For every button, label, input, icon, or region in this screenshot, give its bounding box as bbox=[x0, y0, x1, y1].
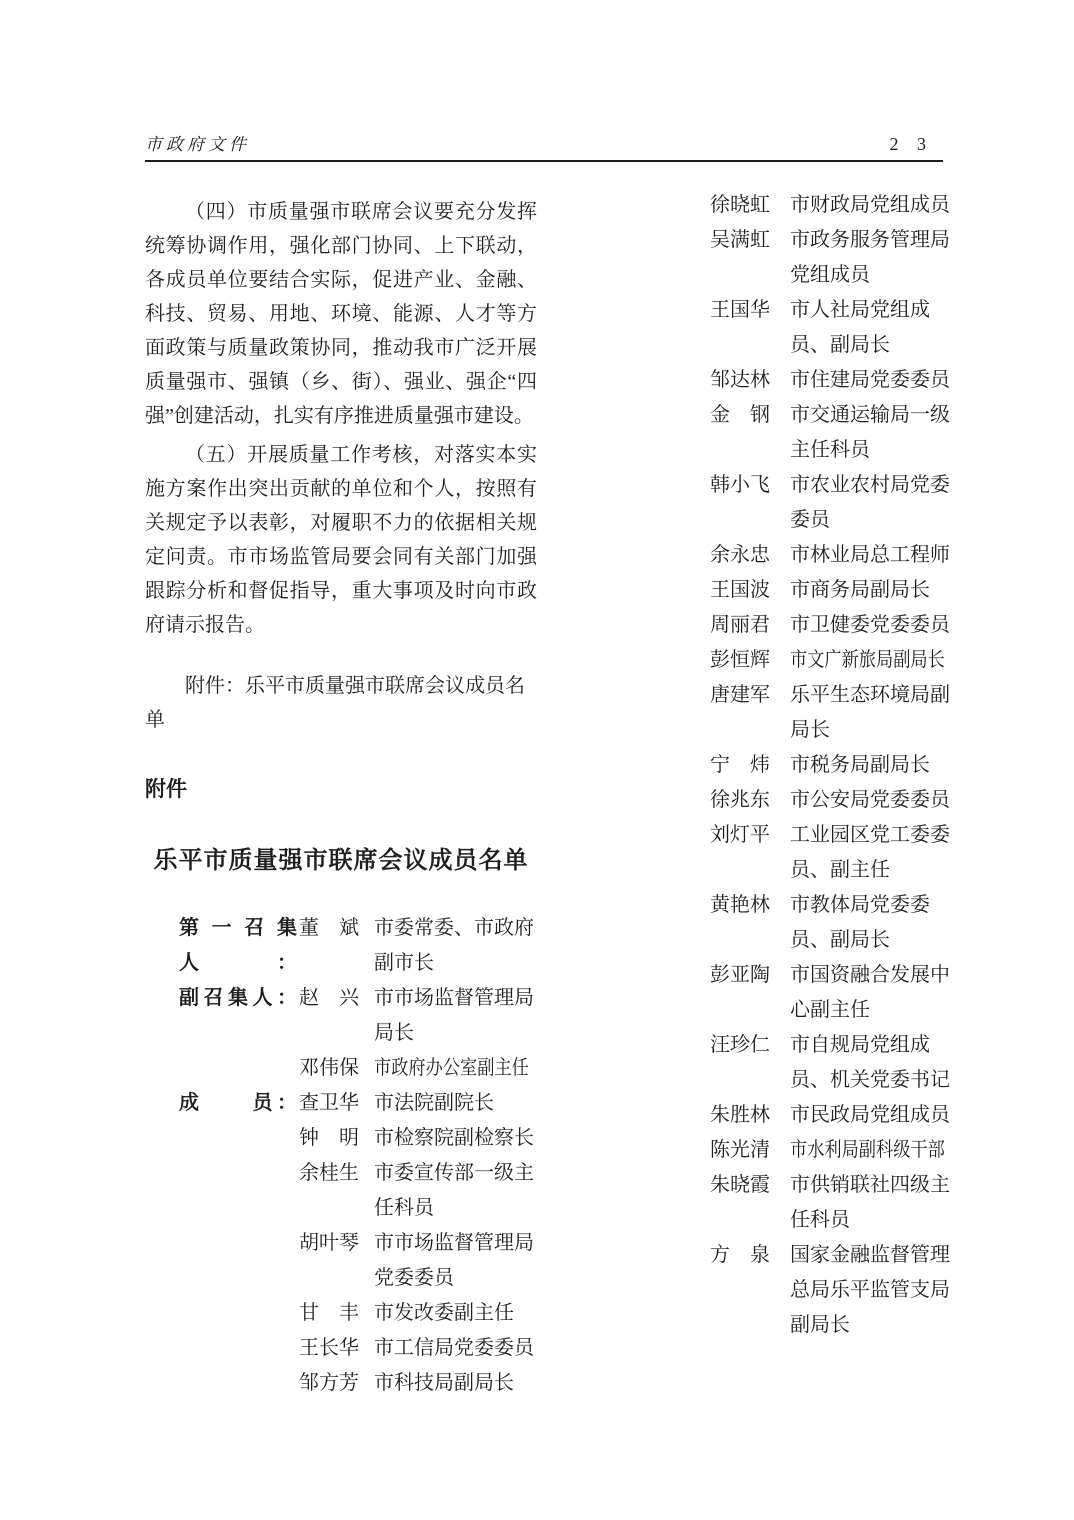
member-position: 市市场监督管理局局长 bbox=[374, 981, 537, 1051]
member-name: 王国华 bbox=[710, 293, 773, 328]
roster-row: 方 泉国家金融监督管理总局乐平监管支局副局长 bbox=[710, 1238, 968, 1343]
member-name: 方 泉 bbox=[710, 1238, 773, 1273]
member-name: 邓伟保 bbox=[299, 1051, 362, 1086]
roster-row: 余桂生市委宣传部一级主任科员 bbox=[145, 1156, 537, 1226]
roster-title: 乐平市质量强市联席会议成员名单 bbox=[145, 844, 537, 878]
roster-row: 第一召集人：董 斌市委常委、市政府副市长 bbox=[145, 911, 537, 981]
roster-row: 王长华市工信局党委委员 bbox=[145, 1331, 537, 1366]
member-name: 韩小飞 bbox=[710, 468, 773, 503]
member-position: 市公安局党委委员 bbox=[790, 783, 968, 818]
member-name: 朱胜林 bbox=[710, 1098, 773, 1133]
roster-row: 彭恒辉市文广新旅局副局长 bbox=[710, 643, 968, 678]
roster-row: 胡叶琴市市场监督管理局党委委员 bbox=[145, 1226, 537, 1296]
member-name: 查卫华 bbox=[299, 1086, 362, 1121]
page-number: 2 3 bbox=[890, 134, 944, 155]
member-position: 市发改委副主任 bbox=[374, 1296, 537, 1331]
member-name: 胡叶琴 bbox=[299, 1226, 362, 1261]
member-position: 市水利局副科级干部 bbox=[790, 1133, 945, 1168]
roster-row: 余永忠市林业局总工程师 bbox=[710, 538, 968, 573]
paragraph-item-5: （五）开展质量工作考核，对落实本实施方案作出突出贡献的单位和个人，按照有关规定予… bbox=[145, 438, 537, 642]
roster-row: 朱晓霞市供销联社四级主任科员 bbox=[710, 1168, 968, 1238]
member-position: 市检察院副检察长 bbox=[374, 1121, 537, 1156]
member-name: 甘 丰 bbox=[299, 1296, 362, 1331]
member-name: 余永忠 bbox=[710, 538, 773, 573]
member-position: 市教体局党委委员、副局长 bbox=[790, 888, 968, 958]
roster-row: 副召集人：赵 兴市市场监督管理局局长 bbox=[145, 981, 537, 1051]
member-position: 市国资融合发展中心副主任 bbox=[790, 958, 968, 1028]
member-name: 邹方芳 bbox=[299, 1366, 362, 1401]
roster-list-right: 徐晓虹市财政局党组成员吴满虹市政务服务管理局党组成员王国华市人社局党组成员、副局… bbox=[710, 188, 968, 1343]
member-position: 市政府办公室副主任 bbox=[374, 1051, 529, 1086]
roster-row: 金 钢市交通运输局一级主任科员 bbox=[710, 398, 968, 468]
member-position: 市科技局副局长 bbox=[374, 1366, 537, 1401]
member-name: 彭恒辉 bbox=[710, 643, 773, 678]
roster-row: 王国波市商务局副局长 bbox=[710, 573, 968, 608]
member-name: 钟 明 bbox=[299, 1121, 362, 1156]
member-position: 市财政局党组成员 bbox=[790, 188, 968, 223]
member-name: 吴满虹 bbox=[710, 223, 773, 258]
member-name: 朱晓霞 bbox=[710, 1168, 773, 1203]
page-header: 市政府文件 2 3 bbox=[145, 130, 943, 162]
member-position: 市税务局副局长 bbox=[790, 748, 968, 783]
roster-role-label: 副召集人： bbox=[179, 981, 297, 1016]
right-column: 徐晓虹市财政局党组成员吴满虹市政务服务管理局党组成员王国华市人社局党组成员、副局… bbox=[710, 188, 968, 1343]
member-name: 陈光清 bbox=[710, 1133, 773, 1168]
roster-row: 邓伟保市政府办公室副主任 bbox=[145, 1051, 537, 1086]
member-position: 市政务服务管理局党组成员 bbox=[790, 223, 968, 293]
roster-list-left: 第一召集人：董 斌市委常委、市政府副市长副召集人：赵 兴市市场监督管理局局长邓伟… bbox=[145, 911, 537, 1401]
member-position: 市法院副院长 bbox=[374, 1086, 537, 1121]
roster-row: 宁 炜市税务局副局长 bbox=[710, 748, 968, 783]
roster-row: 陈光清市水利局副科级干部 bbox=[710, 1133, 968, 1168]
member-position: 市工信局党委委员 bbox=[374, 1331, 537, 1366]
member-position: 市商务局副局长 bbox=[790, 573, 968, 608]
roster-role-label: 第一召集人： bbox=[179, 911, 297, 981]
member-name: 王国波 bbox=[710, 573, 773, 608]
member-name: 徐晓虹 bbox=[710, 188, 773, 223]
member-name: 彭亚陶 bbox=[710, 958, 773, 993]
member-name: 徐兆东 bbox=[710, 783, 773, 818]
roster-row: 刘灯平工业园区党工委委员、副主任 bbox=[710, 818, 968, 888]
roster-role-label: 成 员： bbox=[179, 1086, 297, 1121]
member-position: 国家金融监督管理总局乐平监管支局副局长 bbox=[790, 1238, 968, 1343]
member-position: 市林业局总工程师 bbox=[790, 538, 968, 573]
member-position: 市卫健委党委委员 bbox=[790, 608, 968, 643]
member-position: 市交通运输局一级主任科员 bbox=[790, 398, 968, 468]
member-name: 唐建军 bbox=[710, 678, 773, 713]
member-position: 市委常委、市政府副市长 bbox=[374, 911, 537, 981]
member-position: 市住建局党委委员 bbox=[790, 363, 968, 398]
member-position: 市人社局党组成员、副局长 bbox=[790, 293, 968, 363]
roster-row: 周丽君市卫健委党委委员 bbox=[710, 608, 968, 643]
roster-row: 韩小飞市农业农村局党委委员 bbox=[710, 468, 968, 538]
member-name: 黄艳林 bbox=[710, 888, 773, 923]
roster-row: 徐兆东市公安局党委委员 bbox=[710, 783, 968, 818]
member-position: 市市场监督管理局党委委员 bbox=[374, 1226, 537, 1296]
member-name: 汪珍仁 bbox=[710, 1028, 773, 1063]
roster-row: 王国华市人社局党组成员、副局长 bbox=[710, 293, 968, 363]
member-name: 董 斌 bbox=[299, 911, 362, 946]
member-position: 市文广新旅局副局长 bbox=[790, 643, 945, 678]
paragraph-item-4: （四）市质量强市联席会议要充分发挥统筹协调作用，强化部门协同、上下联动，各成员单… bbox=[145, 195, 537, 433]
roster-row: 邹达林市住建局党委委员 bbox=[710, 363, 968, 398]
member-name: 王长华 bbox=[299, 1331, 362, 1366]
member-position: 市委宣传部一级主任科员 bbox=[374, 1156, 537, 1226]
header-doc-type-label: 市政府文件 bbox=[145, 130, 250, 155]
member-name: 宁 炜 bbox=[710, 748, 773, 783]
roster-row: 吴满虹市政务服务管理局党组成员 bbox=[710, 223, 968, 293]
roster-row: 黄艳林市教体局党委委员、副局长 bbox=[710, 888, 968, 958]
member-name: 邹达林 bbox=[710, 363, 773, 398]
member-position: 市自规局党组成员、机关党委书记 bbox=[790, 1028, 968, 1098]
document-page: 市政府文件 2 3 （四）市质量强市联席会议要充分发挥统筹协调作用，强化部门协同… bbox=[0, 0, 1074, 1520]
member-name: 周丽君 bbox=[710, 608, 773, 643]
roster-row: 甘 丰市发改委副主任 bbox=[145, 1296, 537, 1331]
member-position: 乐平生态环境局副局长 bbox=[790, 678, 968, 748]
roster-row: 彭亚陶市国资融合发展中心副主任 bbox=[710, 958, 968, 1028]
member-name: 余桂生 bbox=[299, 1156, 362, 1191]
member-position: 市农业农村局党委委员 bbox=[790, 468, 968, 538]
roster-row: 徐晓虹市财政局党组成员 bbox=[710, 188, 968, 223]
roster-row: 钟 明市检察院副检察长 bbox=[145, 1121, 537, 1156]
attachment-label: 附件 bbox=[145, 773, 537, 807]
roster-row: 成 员：查卫华市法院副院长 bbox=[145, 1086, 537, 1121]
attachment-note: 附件：乐平市质量强市联席会议成员名单 bbox=[145, 669, 537, 737]
left-column: （四）市质量强市联席会议要充分发挥统筹协调作用，强化部门协同、上下联动，各成员单… bbox=[145, 195, 537, 1401]
member-position: 市供销联社四级主任科员 bbox=[790, 1168, 968, 1238]
member-position: 市民政局党组成员 bbox=[790, 1098, 968, 1133]
roster-row: 朱胜林市民政局党组成员 bbox=[710, 1098, 968, 1133]
member-name: 刘灯平 bbox=[710, 818, 773, 853]
roster-row: 邹方芳市科技局副局长 bbox=[145, 1366, 537, 1401]
roster-row: 汪珍仁市自规局党组成员、机关党委书记 bbox=[710, 1028, 968, 1098]
member-position: 工业园区党工委委员、副主任 bbox=[790, 818, 968, 888]
roster-row: 唐建军乐平生态环境局副局长 bbox=[710, 678, 968, 748]
member-name: 金 钢 bbox=[710, 398, 773, 433]
member-name: 赵 兴 bbox=[299, 981, 362, 1016]
